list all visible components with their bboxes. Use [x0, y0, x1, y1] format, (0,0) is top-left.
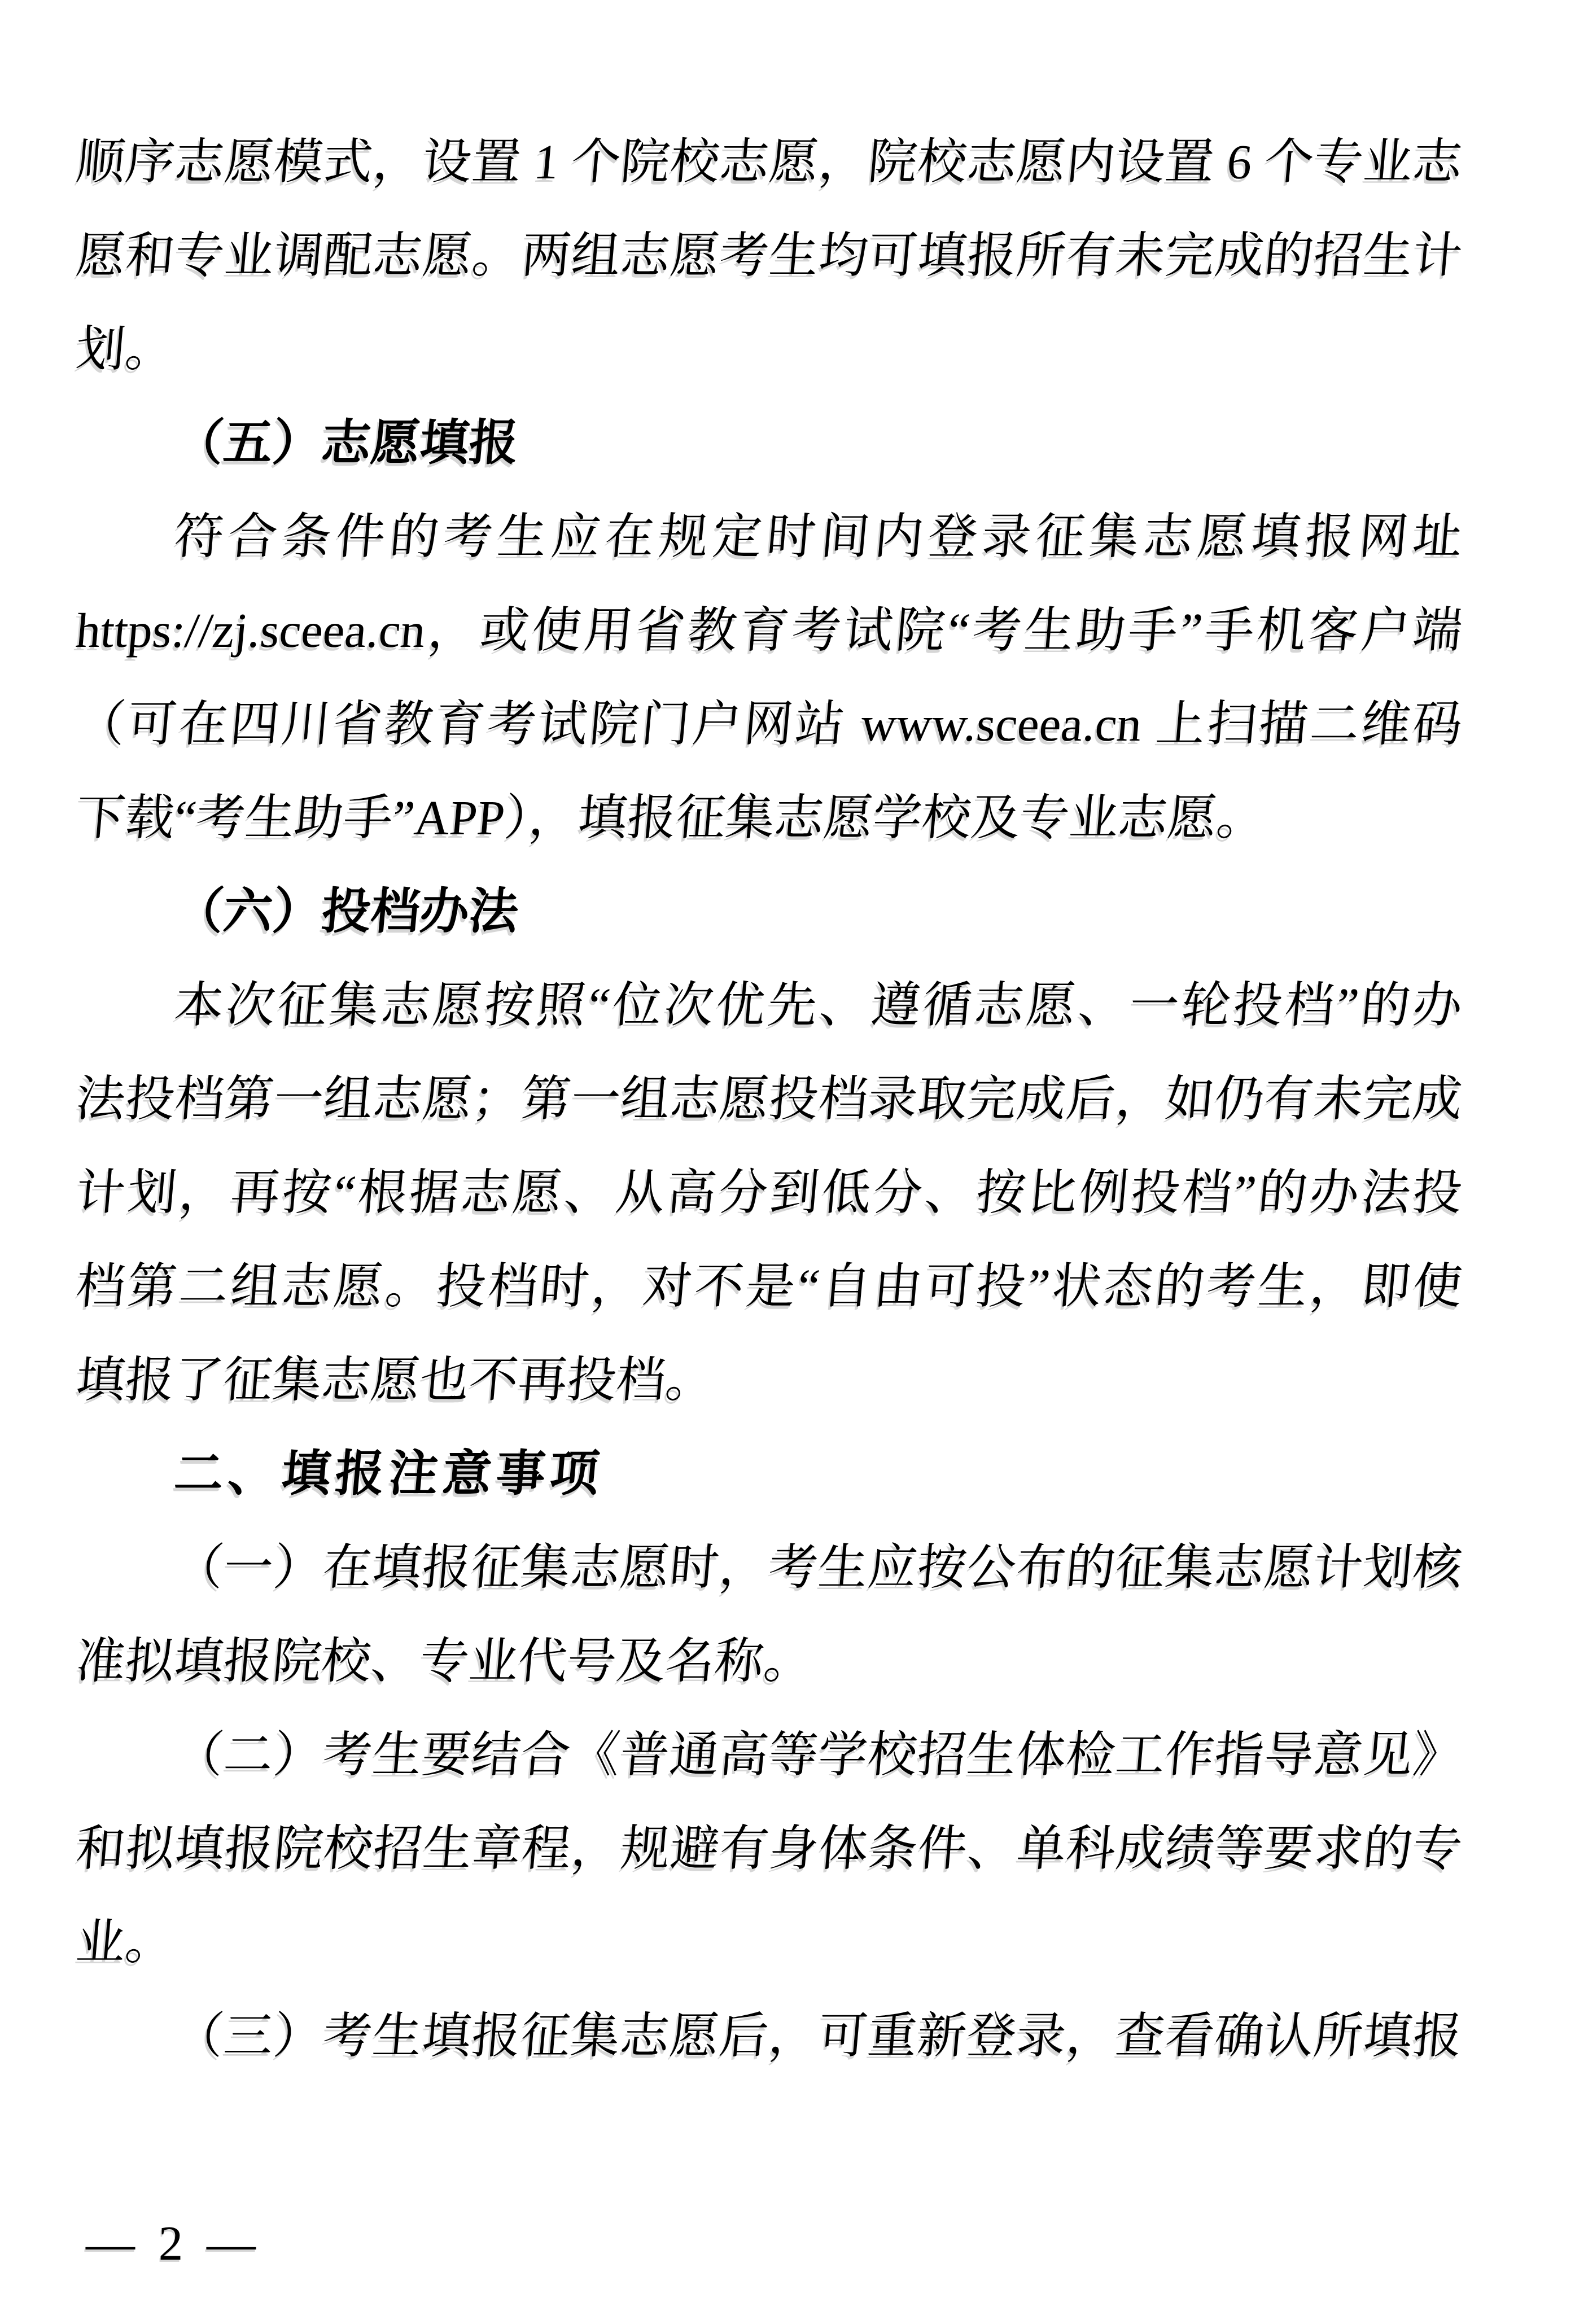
chapter-heading-2: 二、填报注意事项 — [72, 1427, 1467, 1521]
text-line-url: https://zj.sceea.cn，或使用省教育考试院“考生助手”手机客户端 — [72, 584, 1467, 677]
text-line: 下载“考生助手”APP），填报征集志愿学校及专业志愿。 — [72, 771, 1467, 865]
text-line: （二）考生要结合《普通高等学校招生体检工作指导意见》 — [72, 1708, 1467, 1802]
text-line: 顺序志愿模式，设置 1 个院校志愿，院校志愿内设置 6 个专业志 — [72, 115, 1467, 209]
text-line: （一）在填报征集志愿时，考生应按公布的征集志愿计划核 — [72, 1521, 1467, 1614]
text-line: 档第二组志愿。投档时，对不是“自由可投”状态的考生，即使 — [72, 1240, 1467, 1333]
section-heading-6: （六）投档办法 — [72, 865, 1467, 959]
text-line: 符合条件的考生应在规定时间内登录征集志愿填报网址 — [72, 490, 1467, 584]
text-line: （三）考生填报征集志愿后，可重新登录，查看确认所填报 — [72, 1989, 1467, 2083]
text-line: 填报了征集志愿也不再投档。 — [72, 1333, 1467, 1427]
section-heading-5: （五）志愿填报 — [72, 396, 1467, 490]
text-line: 划。 — [72, 303, 1467, 396]
document-body: 顺序志愿模式，设置 1 个院校志愿，院校志愿内设置 6 个专业志 愿和专业调配志… — [76, 115, 1462, 2083]
scanned-document-page: 顺序志愿模式，设置 1 个院校志愿，院校志愿内设置 6 个专业志 愿和专业调配志… — [0, 0, 1575, 2324]
text-line: 法投档第一组志愿；第一组志愿投档录取完成后，如仍有未完成 — [72, 1052, 1467, 1146]
text-line: 计划，再按“根据志愿、从高分到低分、按比例投档”的办法投 — [72, 1146, 1467, 1240]
text-line: 本次征集志愿按照“位次优先、遵循志愿、一轮投档”的办 — [72, 959, 1467, 1052]
text-line: 业。 — [72, 1896, 1467, 1989]
text-line: 准拟填报院校、专业代号及名称。 — [72, 1614, 1467, 1708]
text-line: 愿和专业调配志愿。两组志愿考生均可填报所有未完成的招生计 — [72, 209, 1467, 303]
text-line-url: （可在四川省教育考试院门户网站 www.sceea.cn 上扫描二维码 — [72, 677, 1467, 771]
page-number: — 2 — — [86, 2218, 261, 2268]
text-line: 和拟填报院校招生章程，规避有身体条件、单科成绩等要求的专 — [72, 1802, 1467, 1896]
